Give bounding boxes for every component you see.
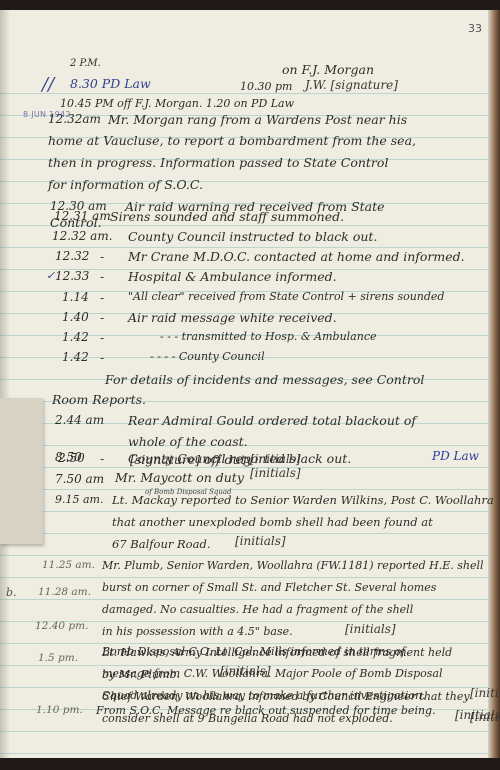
- entry-text: County Council instructed to black out.: [128, 229, 377, 244]
- entry-text: From S.O.C. Message re black out suspend…: [96, 704, 436, 717]
- entry-time: 1.14: [62, 290, 89, 304]
- entry-text: 67 Balfour Road.: [112, 537, 210, 551]
- entry-text: damaged. No casualties. He had a fragmen…: [102, 603, 413, 616]
- signature-initials: [initials]: [235, 534, 286, 548]
- entry-text: Squad already on his way to make a furth…: [102, 689, 426, 702]
- ditto-mark: -: [100, 350, 104, 365]
- shift-time-1030: 10.30 pm: [240, 80, 292, 93]
- entry-text: that another unexploded bomb shell had b…: [112, 515, 433, 529]
- entry-text: then in progress. Information passed to …: [48, 155, 388, 170]
- entry-text: For details of incidents and messages, s…: [105, 372, 424, 387]
- book-bottom-edge: [0, 758, 500, 770]
- shift-change-line: 10.45 PM off F.J. Morgan. 1.20 on PD Law: [60, 97, 294, 110]
- pasted-paper-slip: [0, 398, 43, 544]
- entry-time: 12.32: [55, 249, 89, 263]
- entry-text: - - - - County Council: [150, 350, 265, 363]
- entry-time: 1.5 pm.: [38, 652, 78, 664]
- entry-text: Bomb Disposal C.O. Lt. Col. Mills inform…: [102, 645, 405, 658]
- entry-time: 7.50 am: [55, 472, 104, 486]
- entry-text: Mr Crane M.D.O.C. contacted at home and …: [128, 249, 465, 264]
- entry-text: Hospital & Ambulance informed.: [128, 269, 337, 284]
- entry-time: 9.15 am.: [55, 493, 103, 506]
- ditto-mark: -: [100, 310, 104, 325]
- shift-on-morgan: on F.J. Morgan: [282, 62, 374, 77]
- signature-initials: [initials]: [470, 710, 500, 724]
- entry-text: Mr. Morgan rang from a Wardens Post near…: [108, 112, 407, 127]
- binding-shadow: [0, 10, 10, 760]
- ditto-mark: -: [100, 451, 104, 466]
- book-right-edge: [488, 10, 500, 760]
- entry-text: burst on corner of Small St. and Fletche…: [102, 581, 436, 594]
- checkmark: ✓: [46, 269, 55, 282]
- entry-time: 1.10 pm.: [36, 704, 83, 716]
- entry-time: 12.40 pm.: [35, 620, 88, 632]
- entry-time: 2.44 am: [55, 413, 104, 427]
- entry-text: Rear Admiral Gould ordered total blackou…: [128, 413, 416, 428]
- page-number: 33: [468, 22, 482, 35]
- entry-text: Mr. Maycott on duty: [115, 470, 244, 485]
- signature-initials: [initials]: [345, 622, 396, 636]
- ditto-mark: -: [100, 269, 104, 284]
- entry-time: 1.42: [62, 330, 89, 344]
- entry-time: 12.33: [55, 269, 89, 283]
- entry-text: Room Reports.: [52, 392, 146, 407]
- entry-time: 12.31 am: [54, 209, 111, 223]
- signature-initials: [initials]: [470, 686, 500, 700]
- entry-text: whole of the coast.: [128, 434, 248, 449]
- entry-time: 11.28 am.: [38, 586, 91, 598]
- margin-note: b.: [6, 586, 17, 599]
- entry-time: 12.32 am.: [52, 229, 113, 243]
- entry-time: 1.42: [62, 350, 89, 364]
- entry-text: - - - transmitted to Hosp. & Ambulance: [160, 330, 377, 343]
- shift-mark: //: [42, 74, 54, 95]
- entry-time: 8.50: [55, 450, 82, 464]
- entry-text: in his possession with a 4.5" base.: [102, 625, 293, 638]
- entry-text: message from C.W. Woollahra. Major Poole…: [102, 667, 442, 680]
- ditto-mark: -: [100, 249, 104, 264]
- entry-text: "All clear" received from State Control …: [128, 290, 444, 303]
- shift-on-law: 8.30 PD Law: [70, 76, 151, 91]
- entry-text: Sirens sounded and staff summoned.: [110, 209, 344, 224]
- ditto-mark: -: [100, 330, 104, 345]
- entry-text: Lt. Mackay reported to Senior Warden Wil…: [112, 493, 494, 507]
- entry-time: 11.25 am.: [42, 559, 95, 571]
- entry-text: for information of S.O.C.: [48, 177, 203, 192]
- entry-text: Mr. Plumb, Senior Warden, Woollahra (FW.…: [102, 559, 484, 572]
- entry-time: 1.40: [62, 310, 89, 324]
- entry-text: Air raid message white received.: [128, 310, 337, 325]
- entry-text: [signature] off duty: [130, 452, 253, 467]
- signature-initials: [initials]: [250, 466, 301, 480]
- ditto-mark: -: [100, 290, 104, 305]
- shift-signature: J.W. [signature]: [305, 78, 398, 92]
- shift-time-2pm: 2 P.M.: [70, 58, 101, 69]
- entry-time: 12.32am: [48, 112, 101, 126]
- signature-law: PD Law: [432, 449, 479, 463]
- signature-initials: [initials]: [250, 452, 301, 466]
- entry-text: home at Vaucluse, to report a bombardmen…: [48, 133, 416, 148]
